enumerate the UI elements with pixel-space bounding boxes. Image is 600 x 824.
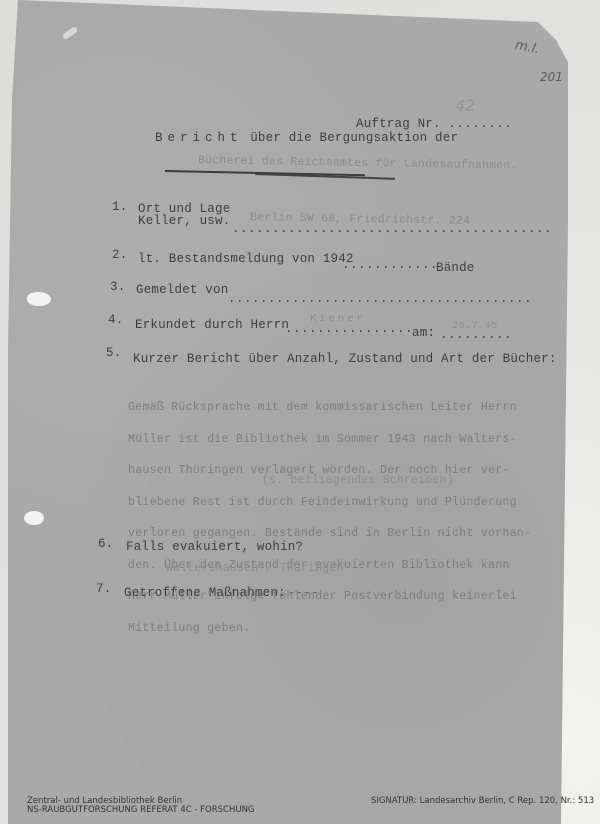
item-number: 1.	[112, 200, 127, 214]
item-4-investigator-value: Kiener	[310, 313, 366, 325]
item-2-dots: ............	[342, 258, 438, 272]
order-label: Auftrag Nr.	[356, 117, 441, 131]
footer-signature: SIGNATUR: Landesarchiv Berlin, C Rep. 12…	[371, 797, 594, 806]
item-1-dots: ........................................	[232, 222, 552, 236]
punch-hole	[24, 511, 44, 525]
item-2-suffix: Bände	[436, 261, 475, 275]
item-1-label-line2: Keller, usw.	[138, 214, 230, 228]
order-number-handwritten: 42	[455, 96, 475, 115]
footer-department: NS-RAUBGUTFORSCHUNG REFERAT 4C - FORSCHU…	[27, 806, 255, 815]
item-number: 6.	[98, 537, 113, 551]
item-7-value: ----	[288, 586, 319, 600]
folio-number: 201	[540, 70, 563, 84]
item-number: 3.	[110, 280, 125, 294]
item-6-label: Falls evakuiert, wohin?	[126, 540, 303, 554]
item-7-label: Getroffene Maßnahmen:	[124, 586, 286, 600]
report-line: Mitteilung geben.	[128, 624, 538, 635]
item-3-label: Gemeldet von	[136, 283, 228, 297]
order-number-field: Auftrag Nr. ........	[356, 117, 512, 131]
item-5-report-text: Gemäß Rücksprache mit dem kommissarische…	[128, 382, 538, 645]
report-line: Gemäß Rücksprache mit dem kommissarische…	[128, 403, 538, 414]
item-number: 5.	[106, 346, 121, 360]
item-2-label: lt. Bestandsmeldung von 1942	[138, 252, 354, 266]
report-title: Bericht über die Bergungsaktion der	[155, 131, 458, 145]
item-5-label: Kurzer Bericht über Anzahl, Zustand und …	[133, 352, 557, 366]
item-4-label: Erkundet durch Herrn	[135, 318, 289, 332]
punch-hole	[27, 292, 51, 306]
footer-archive-label: Zentral- und Landesbibliothek Berlin NS-…	[27, 797, 255, 815]
item-4-date-value: 26.7.45	[452, 320, 498, 332]
item-number: 2.	[112, 248, 127, 262]
title-spaced-word: Bericht	[155, 131, 243, 145]
title-rest: über die Bergungsaktion der	[250, 131, 458, 145]
item-number: 7.	[96, 582, 111, 596]
report-line: verloren gegangen. Bestände sind in Berl…	[128, 529, 538, 540]
report-line: Müller ist die Bibliothek im Sommer 1943…	[128, 435, 538, 446]
item-5-report-note: (s. beiliegendes Schreiben)	[262, 474, 454, 487]
report-line: bliebene Rest ist durch Feindeinwirkung …	[128, 498, 538, 509]
order-dots: ........	[448, 117, 512, 131]
item-4-date-label: am:	[412, 326, 435, 340]
item-3-dots: ......................................	[228, 292, 532, 306]
item-number: 4.	[108, 313, 123, 327]
item-6-evacuation-value: Waltershausen / Thüringen	[166, 562, 344, 575]
